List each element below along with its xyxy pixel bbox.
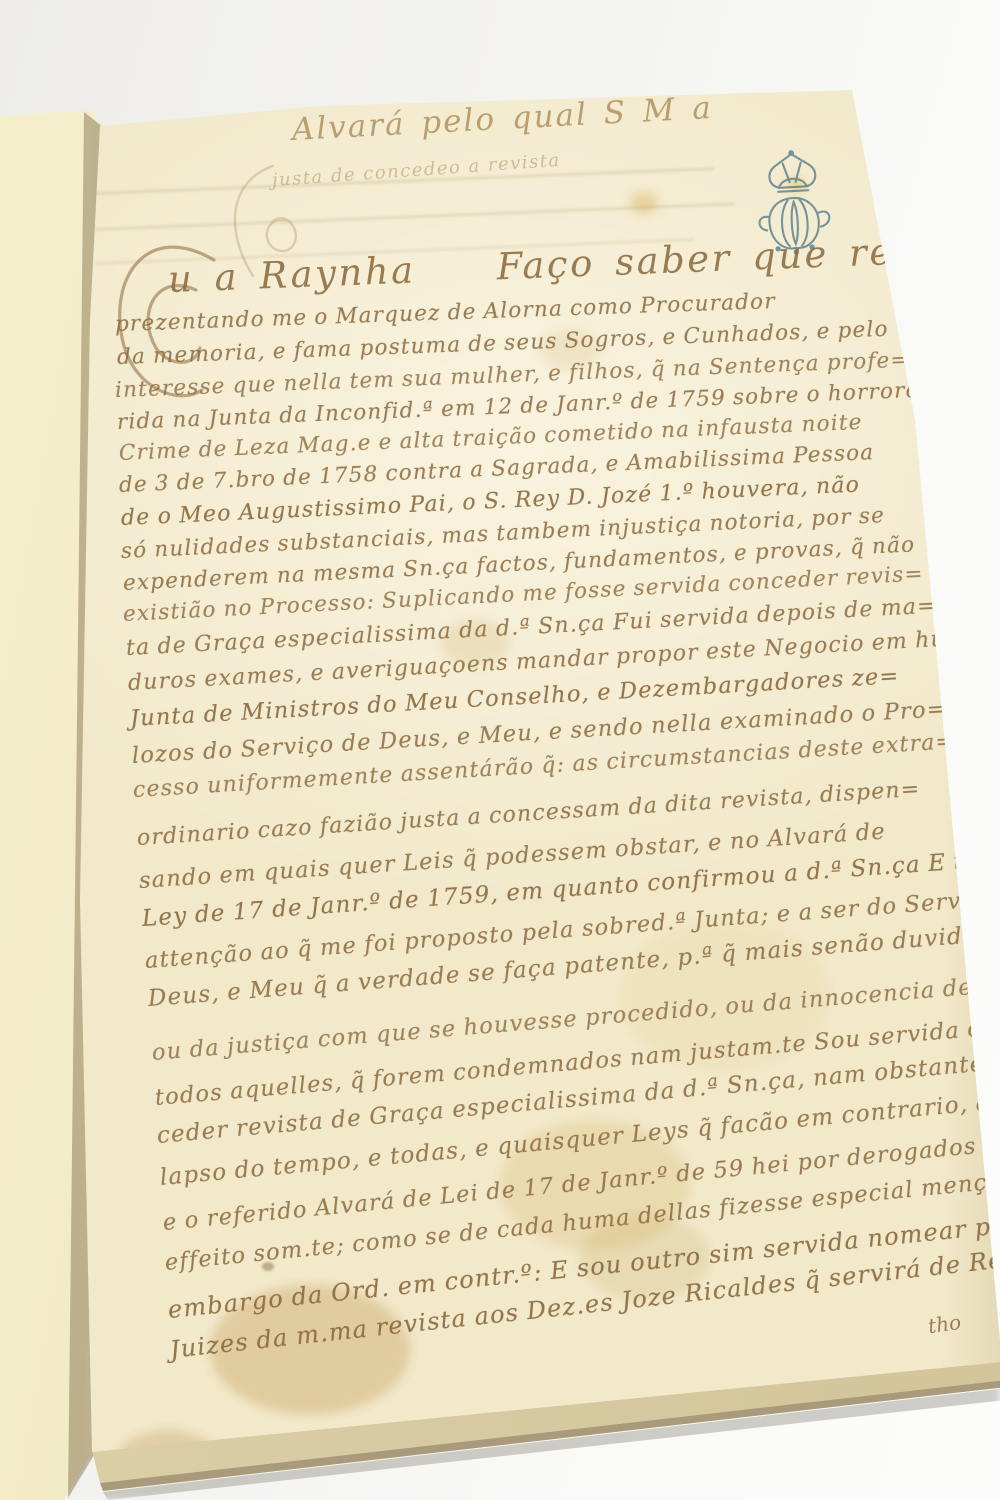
catchword: tho	[926, 1310, 962, 1338]
paper-crease	[95, 202, 735, 231]
photo-background: Alvará pelo qual S M a justa de concedeo…	[0, 0, 1000, 1500]
paper-stain	[630, 192, 658, 214]
ink-speck	[884, 150, 888, 154]
document-subtitle: justa de concedeo a revista	[271, 150, 561, 191]
ink-speck	[874, 134, 879, 139]
manuscript-page: Alvará pelo qual S M a justa de concedeo…	[0, 0, 1000, 1500]
document-title: Alvará pelo qual S M a	[291, 90, 714, 148]
